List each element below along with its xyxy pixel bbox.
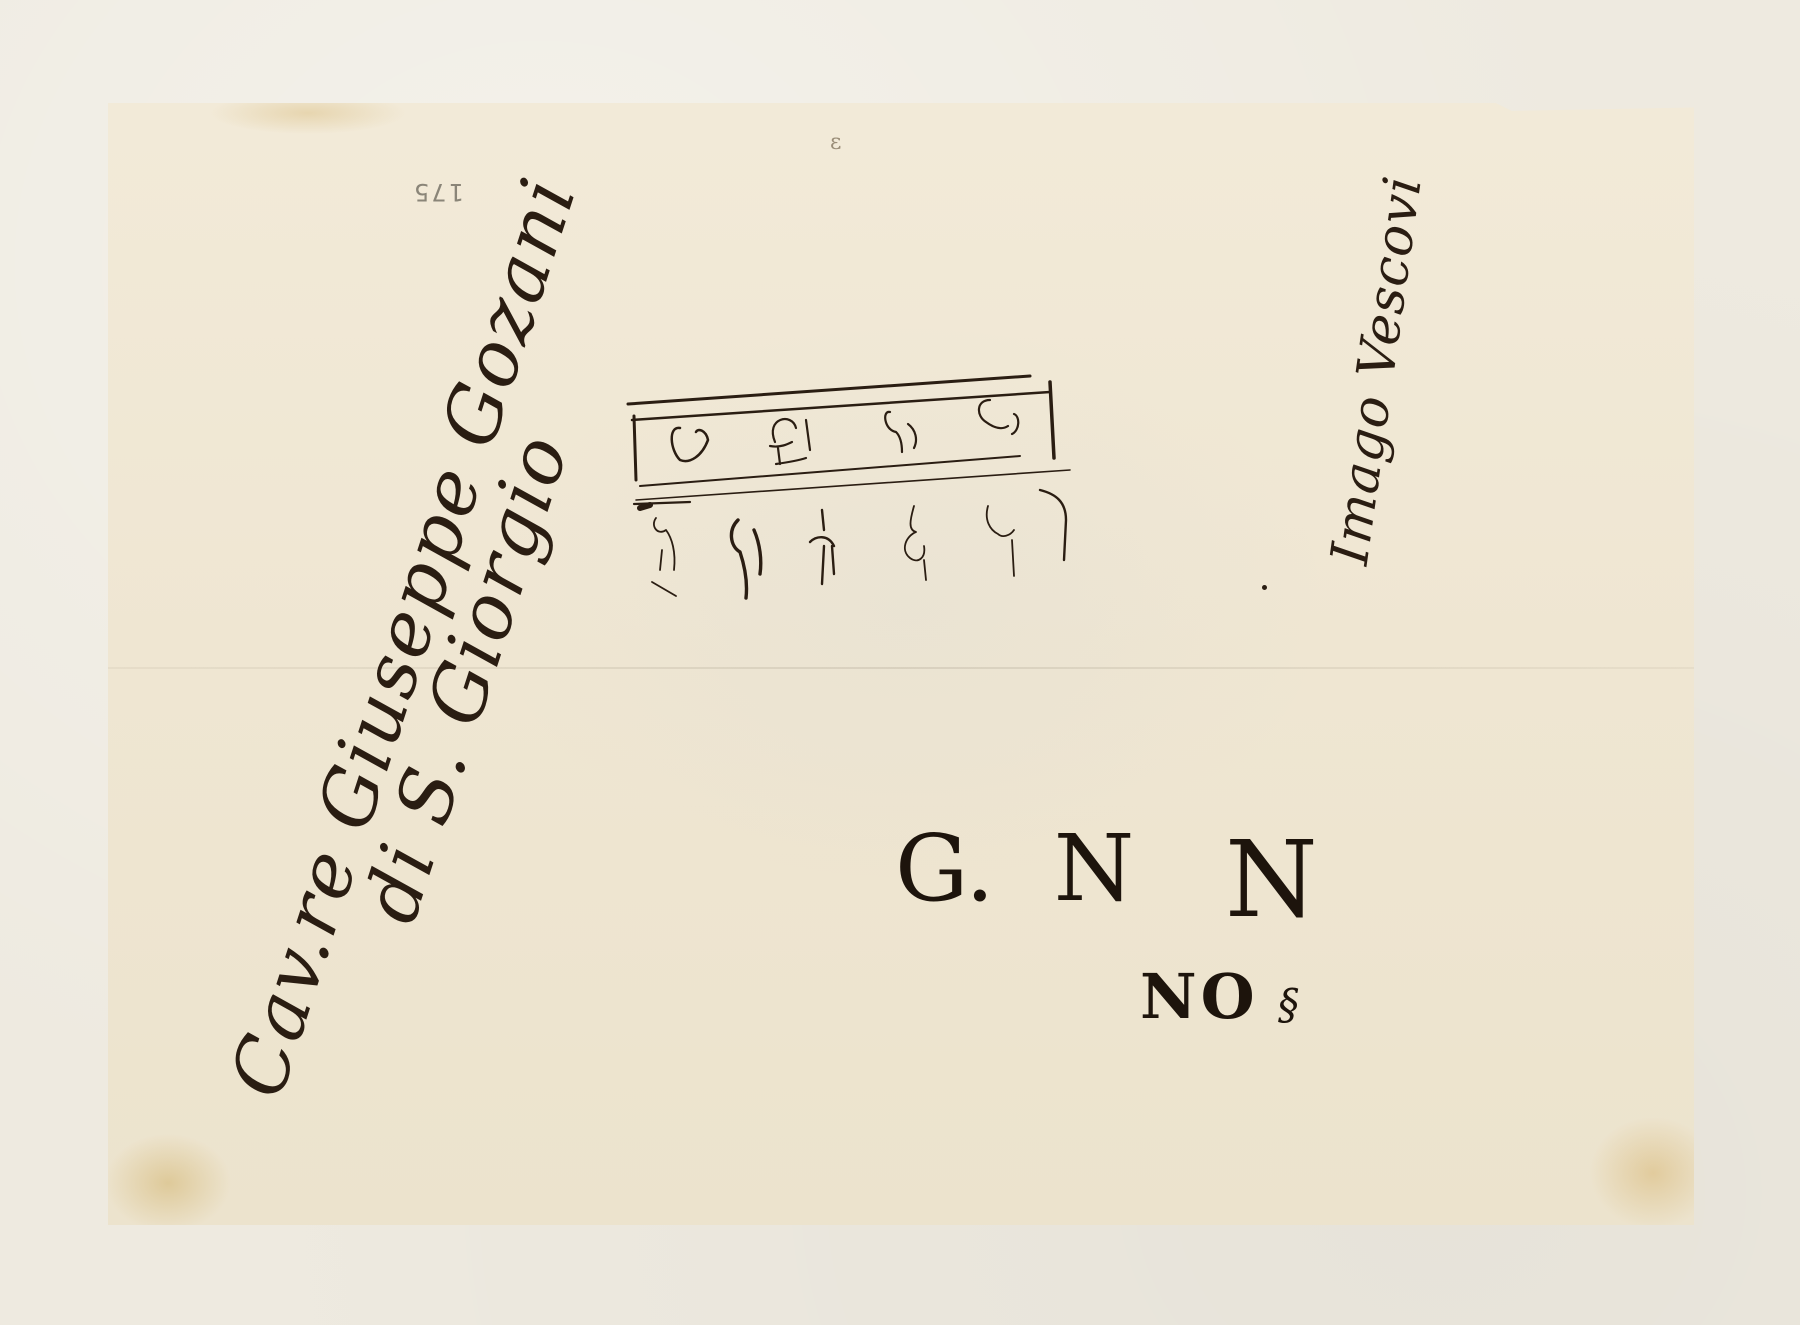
ink-dot: [1262, 585, 1267, 590]
pencil-inventory-number: 175: [412, 178, 464, 206]
monogram-gn: G. N: [895, 815, 1134, 922]
monogram-flourish: §: [1278, 980, 1299, 1029]
frieze-sketch: [610, 360, 1080, 600]
monogram-no: NO: [1140, 960, 1259, 1033]
monogram-n: N: [1225, 818, 1318, 941]
stray-mark: ɛ: [830, 130, 841, 155]
